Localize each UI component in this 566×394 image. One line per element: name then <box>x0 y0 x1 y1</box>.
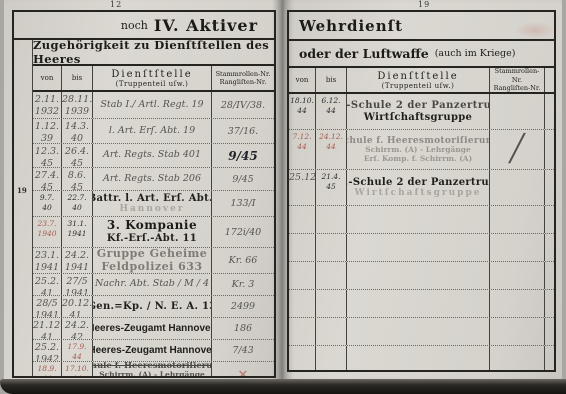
date-from-cell: 27.4. 45 <box>33 168 62 190</box>
roll-number-cell <box>490 206 545 233</box>
roll-number-cell <box>490 262 545 289</box>
date-to-cell: 14.3. 40 <box>62 119 93 143</box>
date-to-cell: 31.1. 1941 <box>62 217 93 247</box>
service-entry-row: 9.7. 4022.7. 402. Battr. l. Art. Erſ. Ab… <box>33 191 274 217</box>
service-entry-row: 23.7. 194031.1. 19413. KompanieKf.-Erſ.-… <box>33 217 274 248</box>
roll-number-cell: 2499 <box>212 296 274 317</box>
column-label-von: von <box>289 68 316 92</box>
stammrollen-label: Stammrollen-Nr. <box>216 70 271 78</box>
dienststelle-label: Dienſtſtelle <box>377 71 458 82</box>
book-cover-edge <box>0 379 566 394</box>
dienststelle-sublabel: (Truppenteil uſw.) <box>382 82 455 90</box>
page-edge-cell <box>545 206 554 233</box>
wehrdienst-title: Wehrdienſt <box>299 17 403 35</box>
unit-entry-line: Fhj.-Schule 2 der Panzertruppe <box>347 177 490 189</box>
date-to-cell: 24.2. 42 <box>62 318 93 339</box>
roll-number-cell: 133/I <box>212 191 274 216</box>
service-entry-row: 1.12. 3914.3. 40l. Art. Erſ. Abt. 1937/1… <box>33 119 274 144</box>
unit-cell <box>347 262 490 289</box>
kriege-note: (auch im Kriege) <box>435 48 516 59</box>
unit-cell: Art. Regts. Stab 206 <box>93 168 212 190</box>
service-entry-row <box>289 206 554 234</box>
date-to-cell: 21.4. 45 <box>316 170 347 205</box>
date-from-cell: 18.9. 44 <box>33 362 62 376</box>
unit-cell <box>347 234 490 261</box>
unit-cell: Schule f. HeeresmotoriſierungSchirrm. (A… <box>93 362 212 376</box>
date-from-cell <box>289 346 316 370</box>
unit-cell: Stab I./ Artl. Regt. 19 <box>93 92 212 118</box>
column-label-stammrollen: Stammrollen-Nr. Rangliſten-Nr. <box>212 66 274 90</box>
date-from-cell <box>289 206 316 233</box>
service-entry-row: 27.4. 458.6. 45Art. Regts. Stab 2069/45 <box>33 168 274 191</box>
right-column-header: von bis Dienſtſtelle (Truppenteil uſw.) … <box>289 68 554 94</box>
roll-number-cell: 7/43 <box>212 340 274 361</box>
dienststelle-label: Dienſtſtelle <box>111 69 192 80</box>
date-to-cell: 22.7. 40 <box>62 191 93 216</box>
roll-number-cell <box>490 290 545 317</box>
unit-cell: Heeres-Zeugamt Hannover. <box>93 318 212 339</box>
date-from-cell: 23.7. 1940 <box>33 217 62 247</box>
date-to-cell: 28.11. 1939 <box>62 92 93 118</box>
unit-cell: 2. Battr. l. Art. Erſ. Abt. 19Hannover <box>93 191 212 216</box>
date-from-cell <box>289 234 316 261</box>
margin-note: 19 <box>17 186 27 195</box>
date-from-cell <box>289 262 316 289</box>
roll-number-cell: 9/45 <box>212 144 274 167</box>
unit-cell: Nachr. Abt. Stab / M / 4 <box>93 274 212 295</box>
left-page-number: 12 <box>110 0 122 9</box>
roll-number-cell <box>490 346 545 370</box>
section-header-title: IV. Aktiver <box>154 16 258 35</box>
unit-cell: Gruppe GeheimeFeldpolizei 633 <box>93 248 212 273</box>
left-table-body: 19 Zugehörigkeit zu Dienſtſtellen des He… <box>14 40 274 376</box>
ranglisten-label: Rangliſten-Nr. <box>494 84 541 92</box>
date-to-cell <box>316 206 347 233</box>
date-from-cell: 23.1. 1941 <box>33 248 62 273</box>
date-to-cell: 6.12. 44 <box>316 94 347 129</box>
unit-entry-line: Gen.=Kp. / N. E. A. 13 <box>93 301 212 313</box>
page-edge-cell <box>545 94 554 129</box>
service-entry-row: 25.2. 194217.9. 44Heeres-Zeugamt Hannove… <box>33 340 274 362</box>
unit-entry-line: Art. Regts. Stab 401 <box>103 150 201 161</box>
date-from-cell <box>289 318 316 345</box>
date-to-cell: 24.2. 1941 <box>62 248 93 273</box>
dienststelle-sublabel: (Truppenteil uſw.) <box>116 80 189 88</box>
left-entry-rows: 2.11. 193228.11. 1939Stab I./ Artl. Regt… <box>33 92 274 376</box>
date-to-cell <box>316 346 347 370</box>
roll-number-cell <box>490 94 545 129</box>
column-label-dienststelle: Dienſtſtelle (Truppenteil uſw.) <box>347 68 490 92</box>
left-service-table: noch IV. Aktiver 19 Zugehörigkeit zu Die… <box>12 10 276 378</box>
right-entry-rows: 18.10. 446.12. 44Fhj.-Schule 2 der Panze… <box>289 94 554 370</box>
service-entry-row: 18.9. 4417.10. 44Schule f. Heeresmotoriſ… <box>33 362 274 376</box>
unit-entry-line: Fhj.-Schule 2 der Panzertruppe <box>347 100 490 112</box>
luftwaffe-label: oder der Luftwaffe <box>299 46 429 61</box>
service-entry-row <box>289 346 554 370</box>
unit-entry-line: 3. Kompanie <box>107 219 197 233</box>
left-subheader: Zugehörigkeit zu Dienſtſtellen des Heere… <box>33 40 274 66</box>
column-label-von: von <box>33 66 62 90</box>
date-from-cell: 12.3. 45 <box>33 144 62 167</box>
unit-cell: Art. Regts. Stab 401 <box>93 144 212 167</box>
service-entry-row: 25.2. 4127/5 1941Nachr. Abt. Stab / M / … <box>33 274 274 296</box>
binding-gutter: 19 <box>14 40 33 376</box>
unit-cell <box>347 290 490 317</box>
roll-number-cell <box>490 318 545 345</box>
page-edge-cell <box>545 234 554 261</box>
unit-entry-line: Schirrm. (A) - Lehrgänge <box>99 371 205 376</box>
unit-entry-line: Art. Regts. Stab 206 <box>103 174 201 185</box>
roll-number-cell: 28/IV/38. <box>212 92 274 118</box>
roll-number-cell: Kr. 3 <box>212 274 274 295</box>
service-entry-row <box>289 262 554 290</box>
service-entry-row: 7.12. 4424.12. 44Schule f. Heeresmotoriſ… <box>289 130 554 170</box>
service-entry-row: 2.11. 193228.11. 1939Stab I./ Artl. Regt… <box>33 92 274 119</box>
page-edge-cell <box>545 262 554 289</box>
unit-cell <box>347 318 490 345</box>
left-table-main: Zugehörigkeit zu Dienſtſtellen des Heere… <box>33 40 274 376</box>
unit-entry-line: Hannover <box>119 204 184 214</box>
unit-entry-line: Erſ. Komp. f. Schirrm. (A) <box>364 155 472 164</box>
date-from-cell: 25.12.44 <box>289 170 316 205</box>
right-subheader: oder der Luftwaffe (auch im Kriege) <box>289 41 554 68</box>
date-from-cell: 9.7. 40 <box>33 191 62 216</box>
date-from-cell: 2.11. 1932 <box>33 92 62 118</box>
service-entry-row: 28/5 194120.12. 41.Gen.=Kp. / N. E. A. 1… <box>33 296 274 318</box>
roll-number-cell <box>490 170 545 205</box>
date-to-cell: 17.10. 44 <box>62 362 93 376</box>
date-to-cell <box>316 318 347 345</box>
unit-entry-line: Wirtſchaftsgruppe <box>364 112 472 124</box>
page-edge-column <box>545 68 554 92</box>
date-to-cell: 24.12. 44 <box>316 130 347 169</box>
unit-cell: Schule f. HeeresmotoriſierungSchirrm. (A… <box>347 130 490 169</box>
date-to-cell: 17.9. 44 <box>62 340 93 361</box>
page-edge-cell <box>545 318 554 345</box>
date-from-cell: 21.12. 41 <box>33 318 62 339</box>
date-to-cell <box>316 262 347 289</box>
unit-cell: Heeres-Zeugamt Hannover <box>93 340 212 361</box>
roll-number-cell: Kr. 66 <box>212 248 274 273</box>
column-label-bis: bis <box>316 68 347 92</box>
roll-number-cell <box>490 234 545 261</box>
date-to-cell: 20.12. 41. <box>62 296 93 317</box>
right-table-body: von bis Dienſtſtelle (Truppenteil uſw.) … <box>289 68 554 370</box>
date-from-cell: 18.10. 44 <box>289 94 316 129</box>
date-to-cell: 8.6. 45 <box>62 168 93 190</box>
unit-entry-line: Heeres-Zeugamt Hannover <box>93 345 212 357</box>
right-service-table: Wehrdienſt oder der Luftwaffe (auch im K… <box>287 10 556 372</box>
unit-entry-line: Gruppe Geheime <box>97 248 208 261</box>
page-edge-cell <box>545 170 554 205</box>
unit-entry-line: Kf.-Erſ.-Abt. 11 <box>107 233 197 245</box>
date-from-cell: 7.12. 44 <box>289 130 316 169</box>
unit-cell: l. Art. Erſ. Abt. 19 <box>93 119 212 143</box>
date-to-cell <box>316 290 347 317</box>
column-label-dienststelle: Dienſtſtelle (Truppenteil uſw.) <box>93 66 212 90</box>
wehrpass-scan: { "left_page": { "page_number": "12", "h… <box>0 0 566 394</box>
column-label-bis: bis <box>62 66 93 90</box>
roll-number-cell: ✕ <box>212 362 274 376</box>
unit-cell: 3. KompanieKf.-Erſ.-Abt. 11 <box>93 217 212 247</box>
date-from-cell: 28/5 1941 <box>33 296 62 317</box>
date-from-cell: 25.2. 1942 <box>33 340 62 361</box>
date-to-cell <box>316 234 347 261</box>
service-entry-row <box>289 290 554 318</box>
date-from-cell <box>289 290 316 317</box>
roll-number-cell: 37/16. <box>212 119 274 143</box>
ranglisten-label: Rangliſten-Nr. <box>220 78 267 86</box>
page-edge-cell <box>545 130 554 169</box>
date-from-cell: 1.12. 39 <box>33 119 62 143</box>
unit-entry-line: Stab I./ Artl. Regt. 19 <box>100 100 203 111</box>
service-entry-row: 18.10. 446.12. 44Fhj.-Schule 2 der Panze… <box>289 94 554 130</box>
unit-cell: Fhj.-Schule 2 der PanzertruppeWirtſchaft… <box>347 170 490 205</box>
roll-number-cell: ╱ <box>490 130 545 169</box>
right-page-number: 19 <box>418 0 430 9</box>
roll-number-cell: 9/45 <box>212 168 274 190</box>
left-section-header: noch IV. Aktiver <box>14 12 274 40</box>
service-entry-row: 25.12.4421.4. 45Fhj.-Schule 2 der Panzer… <box>289 170 554 206</box>
date-from-cell: 25.2. 41 <box>33 274 62 295</box>
service-entry-row: 21.12. 4124.2. 42Heeres-Zeugamt Hannover… <box>33 318 274 340</box>
unit-entry-line: Nachr. Abt. Stab / M / 4 <box>95 279 209 290</box>
service-entry-row <box>289 318 554 346</box>
unit-cell: Fhj.-Schule 2 der PanzertruppeWirtſchaft… <box>347 94 490 129</box>
page-edge-cell <box>545 290 554 317</box>
right-table-main: von bis Dienſtſtelle (Truppenteil uſw.) … <box>289 68 554 370</box>
left-column-header: von bis Dienſtſtelle (Truppenteil uſw.) … <box>33 66 274 92</box>
stammrollen-label: Stammrollen-Nr. <box>490 68 544 84</box>
roll-number-cell: 186 <box>212 318 274 339</box>
unit-cell <box>347 346 490 370</box>
unit-cell: Gen.=Kp. / N. E. A. 13 <box>93 296 212 317</box>
date-to-cell: 27/5 1941 <box>62 274 93 295</box>
unit-entry-line: Heeres-Zeugamt Hannover. <box>93 323 212 335</box>
right-section-header: Wehrdienſt <box>289 12 554 41</box>
unit-entry-line: Wirtſchaftsgruppe <box>355 188 482 198</box>
service-entry-row: 12.3. 4526.4. 45Art. Regts. Stab 4019/45 <box>33 144 274 168</box>
unit-entry-line: Feldpolizei 633 <box>101 261 202 274</box>
date-to-cell: 26.4. 45 <box>62 144 93 167</box>
roll-number-cell: 172i/40 <box>212 217 274 247</box>
unit-entry-line: l. Art. Erſ. Abt. 19 <box>109 126 195 137</box>
unit-cell <box>347 206 490 233</box>
service-entry-row: 23.1. 194124.2. 1941Gruppe GeheimeFeldpo… <box>33 248 274 274</box>
unit-entry-line: 2. Battr. l. Art. Erſ. Abt. 19 <box>93 193 212 205</box>
service-entry-row <box>289 234 554 262</box>
page-edge-cell <box>545 346 554 370</box>
section-header-prefix: noch <box>121 19 148 32</box>
column-label-stammrollen: Stammrollen-Nr. Rangliſten-Nr. <box>490 68 545 92</box>
